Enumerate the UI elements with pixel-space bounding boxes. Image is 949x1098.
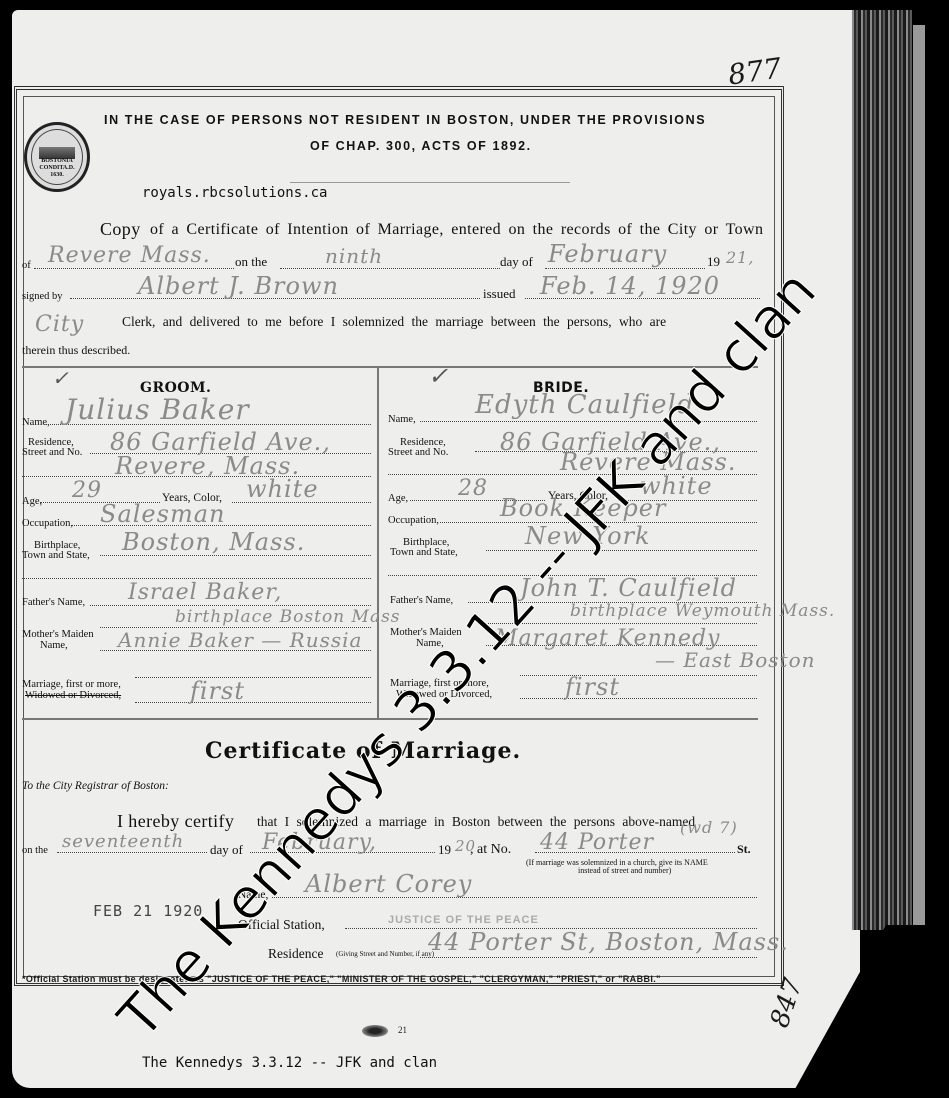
issued-date: Feb. 14, 1920 <box>540 272 720 300</box>
clerk-text: Clerk, and delivered to me before I sole… <box>122 314 666 330</box>
groom-color: white <box>246 475 319 503</box>
of-label: of <box>22 260 31 271</box>
watermark-url: royals.rbcsolutions.ca <box>142 185 327 201</box>
bride-occupation-label: Occupation, <box>388 515 439 526</box>
book-page-edges <box>852 10 912 930</box>
bride-checkmark-icon: ✓ <box>428 362 449 390</box>
officiant-residence: 44 Porter St, Boston, Mass. <box>428 928 789 956</box>
certificate-ward-note: (wd 7) <box>680 818 738 837</box>
groom-name-label: Name, <box>22 417 50 428</box>
groom-age: 29 <box>72 478 102 503</box>
bride-age: 28 <box>458 476 488 501</box>
groom-marriage-label-1: Marriage, first or more, <box>22 679 121 690</box>
groom-marriage-label-2: Widowed or Divorced, <box>25 690 121 701</box>
boston-city-seal-icon: BOSTONIA CONDITA.D. 1630. <box>24 122 90 192</box>
church-note-2: instead of street and number) <box>578 866 671 875</box>
officiant-residence-label: Residence <box>268 946 323 962</box>
groom-father: Israel Baker, <box>128 580 282 605</box>
groom-marriage: first <box>190 677 245 705</box>
bride-father-birthplace: birthplace Weymouth Mass. <box>570 601 835 621</box>
groom-father-birthplace: birthplace Boston Mass <box>175 607 401 627</box>
header-line-1: IN THE CASE OF PERSONS NOT RESIDENT IN B… <box>104 113 706 127</box>
groom-mother-label-2: Name, <box>40 640 68 651</box>
day-of-label-2: day of <box>210 842 243 858</box>
copy-word: Copy <box>100 219 141 240</box>
bride-father-label: Father's Name, <box>390 595 453 606</box>
section-rule-top <box>22 366 758 368</box>
therein-text: therein thus described. <box>22 343 130 358</box>
groom-occupation-label: Occupation, <box>22 518 73 529</box>
certificate-salutation: To the City Registrar of Boston: <box>22 780 169 792</box>
certificate-year-prefix: 19 <box>438 842 451 858</box>
certificate-street: 44 Porter <box>540 830 654 855</box>
bride-name-label: Name, <box>388 414 416 425</box>
seal-text-3: 1630. <box>50 172 64 179</box>
day-of-label: day of <box>500 254 533 270</box>
printer-emblem-icon <box>362 1025 388 1037</box>
intention-month: February <box>548 240 667 268</box>
issued-label: issued <box>483 286 516 302</box>
certify-lead: I hereby certify <box>117 811 234 832</box>
header-line-2: OF CHAP. 300, ACTS OF 1892. <box>310 139 532 153</box>
groom-residence-label-2: Street and No. <box>22 447 82 458</box>
clerk-type: City <box>35 312 84 337</box>
copy-text: of a Certificate of Intention of Marriag… <box>150 221 763 239</box>
at-no-label: , at No. <box>470 842 511 858</box>
bride-age-label: Age, <box>388 493 408 504</box>
groom-birthplace: Boston, Mass. <box>122 528 305 556</box>
seal-text-1: BOSTONIA <box>41 158 73 165</box>
bride-birthplace-label-2: Town and State, <box>390 547 458 558</box>
signed-by-name: Albert J. Brown <box>138 272 339 300</box>
intention-place: Revere Mass. <box>48 243 211 268</box>
groom-name: Julius Baker <box>65 393 250 426</box>
form-number: 21 <box>398 1025 407 1035</box>
on-the-label-2: on the <box>22 845 48 856</box>
header-rule <box>290 182 570 183</box>
groom-mother-label-1: Mother's Maiden <box>22 629 94 640</box>
official-station-footnote: *Official Station must be designated as … <box>22 974 661 984</box>
on-the-label: on the <box>235 254 267 270</box>
intention-year: 21, <box>726 248 754 267</box>
official-station-stamp: JUSTICE OF THE PEACE <box>388 914 539 926</box>
year-prefix: 19 <box>707 254 720 270</box>
groom-father-label: Father's Name, <box>22 597 85 608</box>
seal-text-2: CONDITA.D. <box>39 165 74 172</box>
book-page-edge-highlight <box>913 25 925 935</box>
groom-checkmark-icon: ✓ <box>52 366 70 390</box>
certificate-day: seventeenth <box>62 831 184 852</box>
officiant-name: Albert Corey <box>305 870 472 898</box>
footer-caption: The Kennedys 3.3.12 -- JFK and clan <box>142 1055 437 1071</box>
bride-mother-birthplace: — East Boston <box>655 648 816 672</box>
signed-by-label: signed by <box>22 291 63 302</box>
groom-occupation: Salesman <box>100 500 225 528</box>
column-divider <box>377 368 379 718</box>
st-label: St. <box>737 842 751 857</box>
groom-mother: Annie Baker — Russia <box>118 628 362 652</box>
intention-day: ninth <box>325 244 383 268</box>
bride-residence-label-2: Street and No. <box>388 447 448 458</box>
bride-marriage: first <box>565 673 620 701</box>
groom-birthplace-label-2: Town and State, <box>22 550 90 561</box>
